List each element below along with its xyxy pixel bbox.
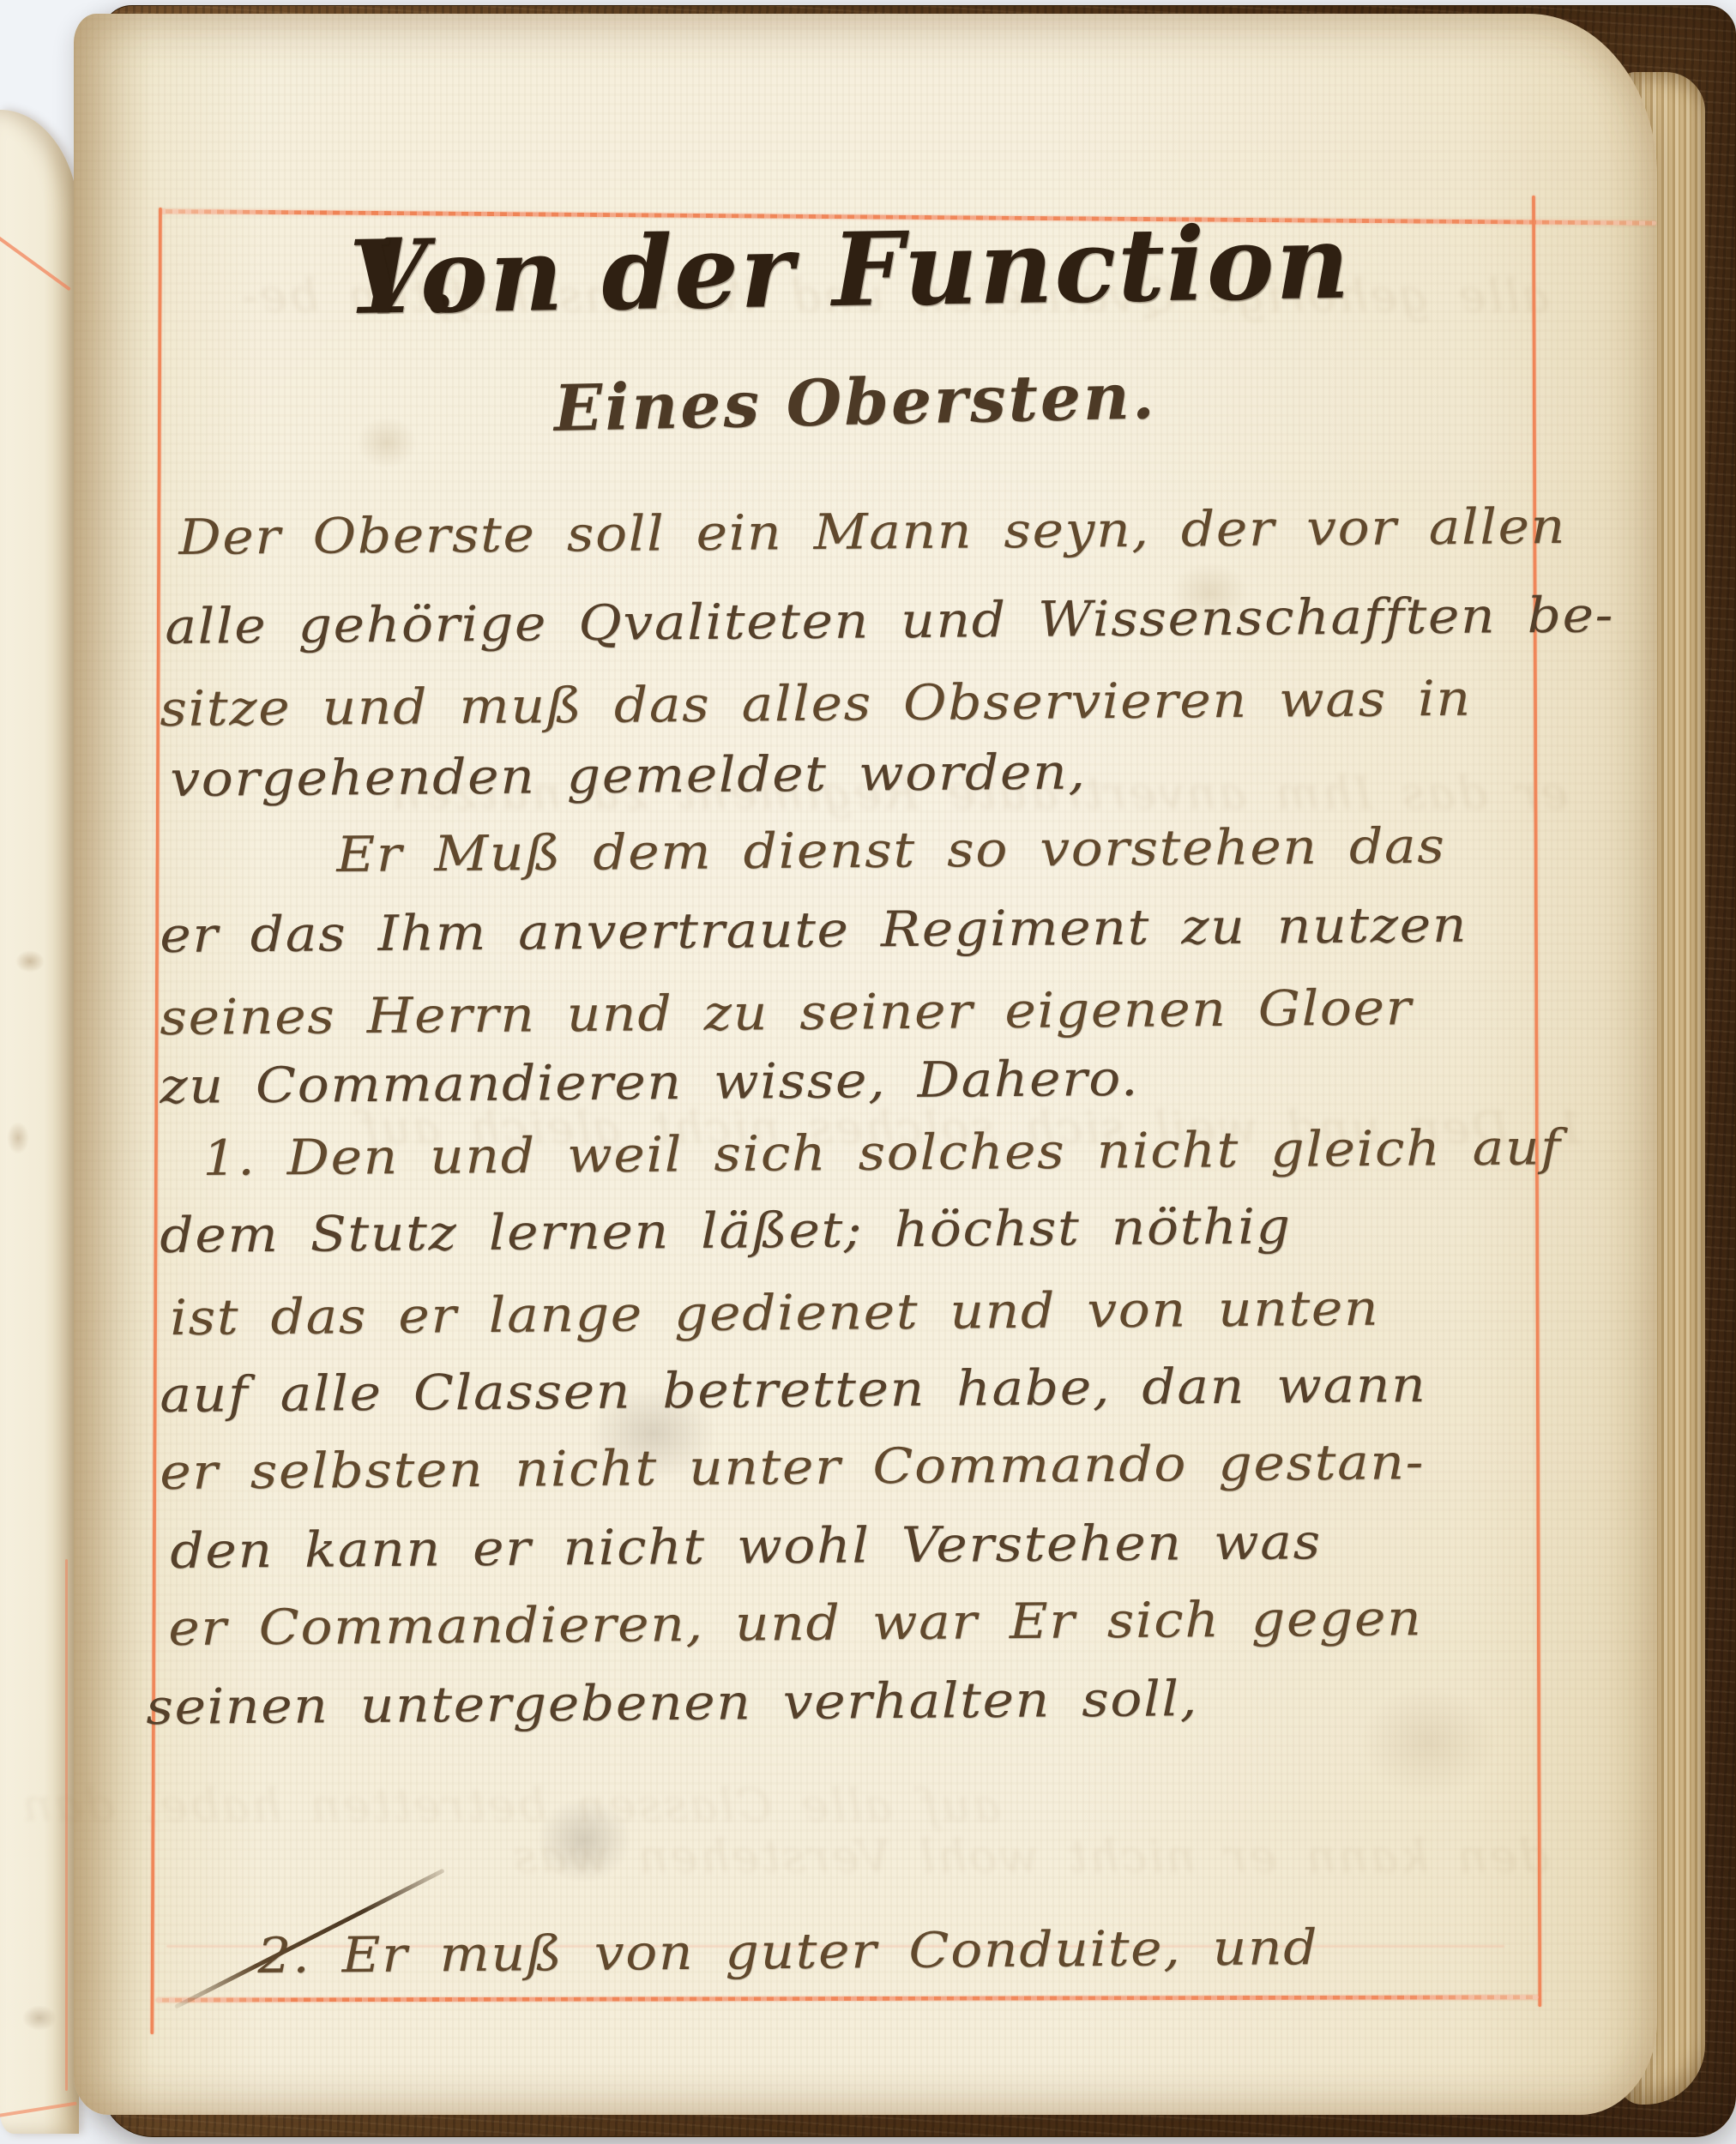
manuscript-line: seines Herrn und zu seiner eigenen Gloer (160, 979, 1413, 1046)
bleed-through-ghost: auf alle Classen betretten habe, dan wan… (262, 1780, 1001, 1832)
foxing-spot (7, 1122, 29, 1154)
manuscript-line: sitze und muß das alles Observieren was … (160, 671, 1472, 738)
foxing-spot (357, 417, 417, 468)
foxing-spot (1360, 1686, 1498, 1798)
section-heading-text: Von der Function (348, 202, 1352, 337)
ink-smudge (537, 1798, 631, 1883)
manuscript-line: er Commandieren, und war Er sich gegen (168, 1590, 1423, 1657)
facing-page-edge (0, 110, 79, 2134)
manuscript-photo: alle gehörige Qvaliteten und Wissenschaf… (0, 0, 1736, 2144)
manuscript-line: den kann er nicht wohl Verstehen was (170, 1514, 1322, 1580)
ruled-border-left (150, 208, 162, 2034)
manuscript-line: auf alle Classen betretten habe, dan wan… (160, 1357, 1427, 1424)
bleed-through-ghost: den kann er nicht wohl Verstehen was (829, 1832, 1549, 1883)
ruled-border-right (1532, 196, 1541, 2007)
manuscript-line: dem Stutz lernen läßet; höchst nöthig (160, 1198, 1292, 1264)
manuscript-line: vorgehenden gemeldet worden, (170, 744, 1087, 808)
facing-page-ruled-line-vertical (65, 1559, 68, 2091)
manuscript-line: ist das er lange gedienet und von unten (170, 1280, 1380, 1346)
manuscript-page: alle gehörige Qvaliteten und Wissenschaf… (74, 14, 1657, 2115)
manuscript-line: zu Commandieren wisse, Dahero. (160, 1051, 1139, 1115)
foxing-spot (15, 950, 45, 973)
facing-page-ruled-line-bottom (0, 2102, 77, 2118)
manuscript-line: seinen untergebenen verhalten soll, (146, 1671, 1198, 1736)
manuscript-line: Er Muß dem dienst so vorstehen das (336, 818, 1446, 883)
manuscript-line: er das Ihm anvertraute Regiment zu nutze… (160, 897, 1468, 964)
foxing-spot (22, 2005, 57, 2031)
manuscript-line: 1. Den und weil sich solches nicht gleic… (202, 1119, 1562, 1187)
manuscript-line: er selbsten nicht unter Commando gestan- (160, 1434, 1425, 1501)
manuscript-line: 2. Er muß von guter Conduite, und (257, 1919, 1319, 1984)
ruled-border-bottom (156, 1995, 1539, 2002)
facing-page-ruled-line-top (0, 234, 71, 292)
manuscript-line: alle gehörige Qvaliteten und Wissenschaf… (165, 587, 1614, 655)
manuscript-line: Der Oberste soll ein Mann seyn, der vor … (178, 498, 1566, 566)
section-subheading: Eines Obersten. (553, 359, 1157, 446)
